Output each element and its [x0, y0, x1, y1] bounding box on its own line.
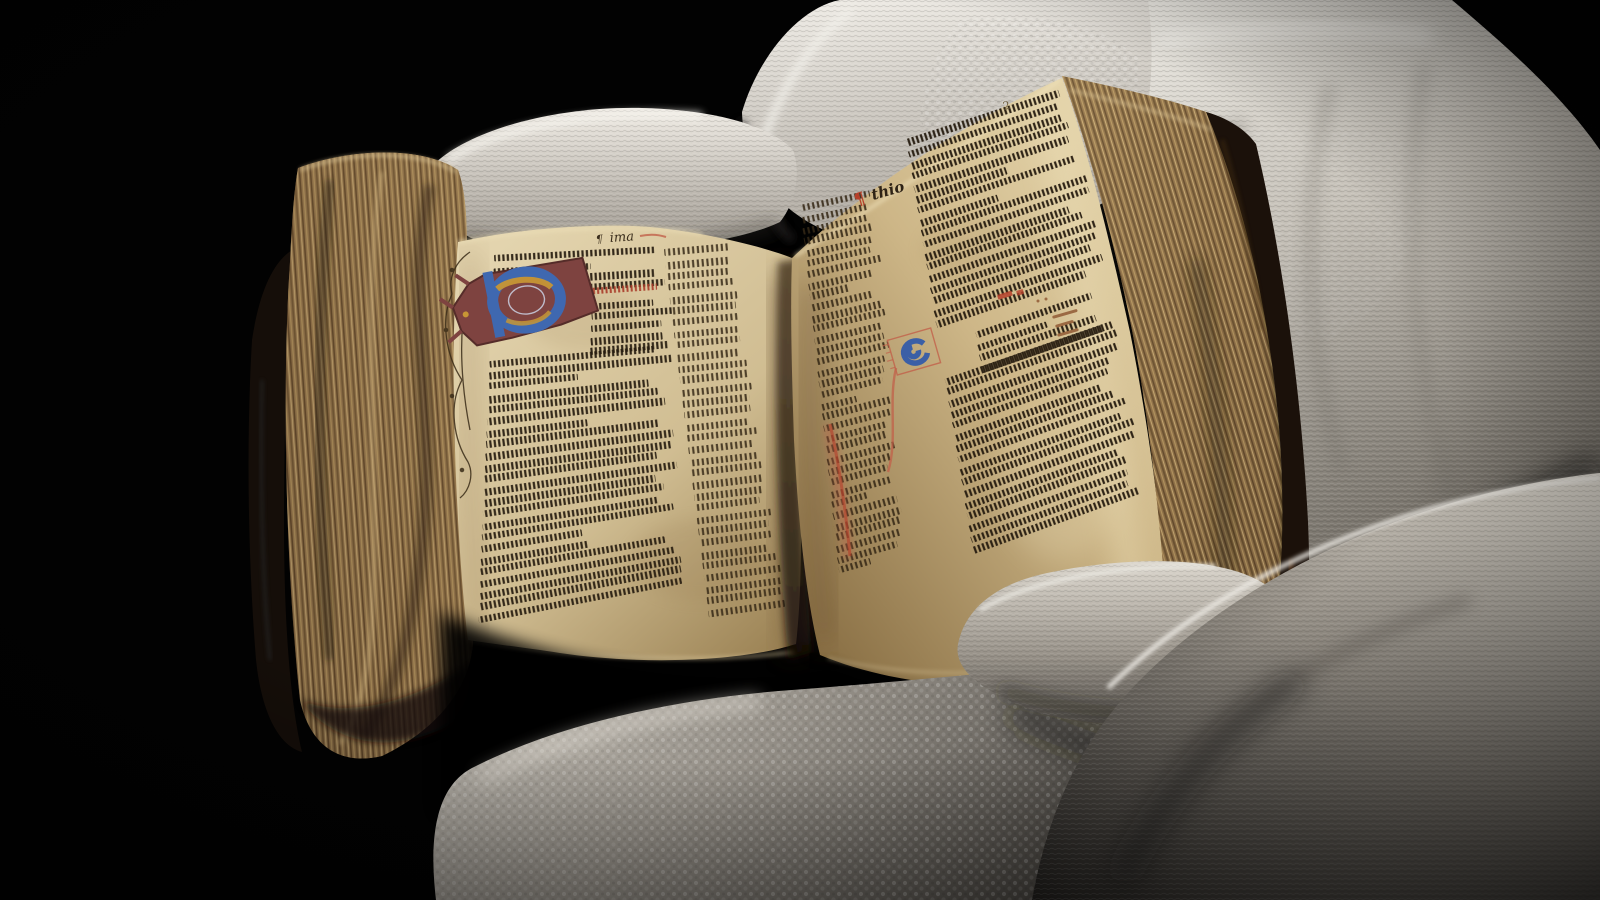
manuscript-photo: ¶ ima ¶ thio 2	[0, 0, 1600, 900]
vignette	[0, 0, 1600, 900]
photo-stage: ¶ ima ¶ thio 2	[0, 0, 1600, 900]
